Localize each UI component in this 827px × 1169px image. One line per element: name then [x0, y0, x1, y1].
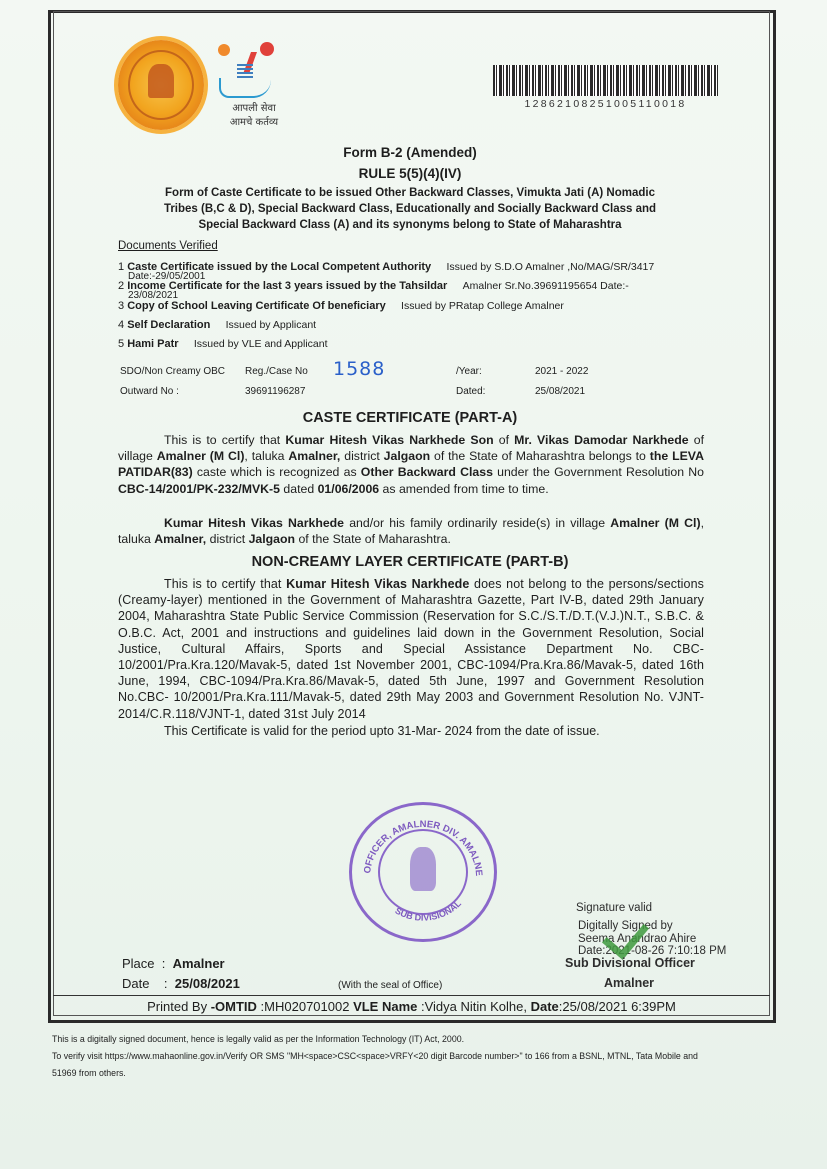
- year-value: 2021 - 2022: [535, 366, 588, 377]
- dated-value: 25/08/2021: [535, 386, 585, 397]
- stamp-text-top: OFFICER, AMALNER DIV. AMALNER DIST. JALG…: [352, 805, 484, 877]
- legal-note: This is a digitally signed document, hen…: [52, 1034, 464, 1044]
- validity-text: This Certificate is valid for the period…: [164, 724, 600, 738]
- signature-place: Amalner: [604, 976, 654, 990]
- form-description: Form of Caste Certificate to be issued O…: [110, 185, 710, 233]
- office-seal-stamp: OFFICER, AMALNER DIV. AMALNER DIST. JALG…: [349, 802, 497, 942]
- maharashtra-seal-icon: [118, 40, 204, 130]
- stamp-text-bottom: SUB DIVISIONAL: [393, 898, 463, 923]
- digital-signature-info: Digitally Signed by Seema Anandrao Ahire…: [578, 920, 726, 958]
- rule-title: RULE 5(5)(4)(IV): [110, 166, 710, 181]
- form-title: Form B-2 (Amended): [110, 145, 710, 160]
- outward-value: 39691196287: [245, 386, 305, 397]
- office-label: SDO/Non Creamy OBC: [120, 366, 225, 377]
- part-b-heading: NON-CREAMY LAYER CERTIFICATE (PART-B): [110, 554, 710, 570]
- dated-label: Dated:: [456, 386, 485, 397]
- printed-by-divider: [53, 995, 770, 996]
- svg-text:OFFICER, AMALNER DIV. AMALNER: OFFICER, AMALNER DIV. AMALNER DIST. JALG…: [352, 805, 484, 877]
- document-item: 3 Copy of School Leaving Certificate Of …: [118, 300, 564, 312]
- place-row: Place : Amalner: [122, 956, 225, 971]
- logo-tagline-2: आमचे कर्तव्य: [219, 114, 289, 128]
- svg-text:SUB DIVISIONAL: SUB DIVISIONAL: [393, 898, 463, 923]
- outward-label: Outward No :: [120, 386, 179, 397]
- case-number-handwritten: 1588: [333, 358, 385, 380]
- part-a-paragraph-1: This is to certify that Kumar Hitesh Vik…: [118, 432, 704, 497]
- part-a-heading: CASTE CERTIFICATE (PART-A): [110, 410, 710, 426]
- logo-tagline-1: आपली सेवा: [219, 100, 289, 114]
- printed-by-line: Printed By -OMTID :MH020701002 VLE Name …: [53, 999, 770, 1014]
- document-item: 4 Self Declaration Issued by Applicant: [118, 319, 316, 331]
- signature-valid: Signature valid: [576, 902, 652, 914]
- document-item: 5 Hami Patr Issued by VLE and Applicant: [118, 338, 328, 350]
- document-item: 2 Income Certificate for the last 3 year…: [118, 280, 629, 292]
- barcode-number: 12862108251005110018: [493, 98, 718, 110]
- documents-verified-heading: Documents Verified: [118, 240, 218, 252]
- case-label: Reg./Case No: [245, 366, 308, 377]
- part-a-paragraph-2: Kumar Hitesh Vikas Narkhede and/or his f…: [118, 515, 704, 547]
- date-row: Date : 25/08/2021: [122, 976, 240, 991]
- part-b-paragraph: This is to certify that Kumar Hitesh Vik…: [118, 576, 704, 722]
- aaple-sarkar-logo-icon: आपली सेवा आमचे कर्तव्य: [215, 42, 283, 132]
- year-label: /Year:: [456, 366, 482, 377]
- verify-note: To verify visit https://www.mahaonline.g…: [52, 1051, 698, 1061]
- verify-note-cont: 51969 from others.: [52, 1068, 126, 1078]
- designation: Sub Divisional Officer: [565, 956, 695, 970]
- seal-note: (With the seal of Office): [338, 980, 442, 991]
- barcode-icon: [493, 65, 718, 96]
